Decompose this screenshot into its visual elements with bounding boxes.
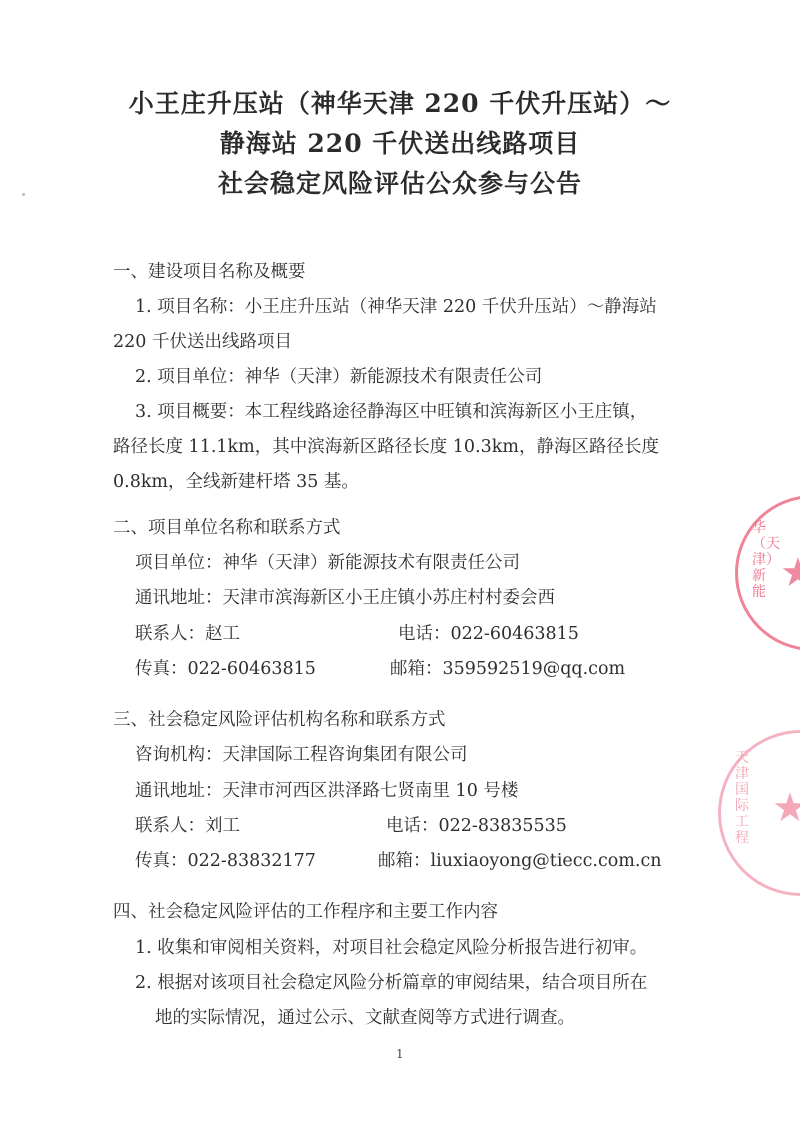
section-1-item-2: 2. 项目单位：神华（天津）新能源技术有限责任公司 <box>135 363 542 388</box>
section-1-item-3: 3. 项目概要：本工程线路途径静海区中旺镇和滨海新区小王庄镇， <box>135 398 647 423</box>
page-number: 1 <box>396 1047 404 1061</box>
section-3-contact: 联系人：刘工 <box>135 812 240 837</box>
section-4-heading: 四、社会稳定风险评估的工作程序和主要工作内容 <box>113 898 498 923</box>
section-2-unit: 项目单位：神华（天津）新能源技术有限责任公司 <box>135 549 520 574</box>
section-4-item-2: 2. 根据对该项目社会稳定风险分析篇章的审阅结果，结合项目所在 <box>135 969 647 994</box>
section-3-address: 通讯地址：天津市河西区洪泽路七贤南里 10 号楼 <box>135 777 518 802</box>
section-2-heading: 二、项目单位名称和联系方式 <box>113 514 341 539</box>
title-line-3: 社会稳定风险评估公众参与公告 <box>0 164 800 200</box>
section-3-heading: 三、社会稳定风险评估机构名称和联系方式 <box>113 706 446 731</box>
section-3-phone: 电话：022-83835535 <box>386 812 567 837</box>
section-2-address: 通讯地址：天津市滨海新区小王庄镇小苏庄村村委会西 <box>135 584 555 609</box>
section-2-fax: 传真：022-60463815 <box>135 655 316 680</box>
section-3-agency: 咨询机构：天津国际工程咨询集团有限公司 <box>135 741 468 766</box>
section-1-item-1: 1. 项目名称：小王庄升压站（神华天津 220 千伏升压站）～静海站 <box>135 293 657 318</box>
section-1-item-1-cont: 220 千伏送出线路项目 <box>113 328 292 353</box>
section-4-item-1: 1. 收集和审阅相关资料，对项目社会稳定风险分析报告进行初审。 <box>135 934 647 959</box>
agency-seal-text: 天津国际工程 <box>735 750 751 846</box>
title-line-2: 静海站 220 千伏送出线路项目 <box>0 124 800 160</box>
section-1-item-3-cont-1: 路径长度 11.1km，其中滨海新区路径长度 10.3km，静海区路径长度 <box>113 433 659 458</box>
section-2-email: 邮箱：359592519@qq.com <box>390 655 625 680</box>
title-line-1: 小王庄升压站（神华天津 220 千伏升压站）～ <box>0 84 800 120</box>
section-2-contact: 联系人：赵工 <box>135 620 240 645</box>
section-3-fax: 传真：022-83832177 <box>135 847 316 872</box>
section-3-email: 邮箱：liuxiaoyong@tiecc.com.cn <box>378 847 662 872</box>
seal-star-icon: ★ <box>780 550 800 596</box>
section-1-item-3-cont-2: 0.8km，全线新建杆塔 35 基。 <box>113 468 359 493</box>
section-1-heading: 一、建设项目名称及概要 <box>113 258 306 283</box>
document-page: 小王庄升压站（神华天津 220 千伏升压站）～ 静海站 220 千伏送出线路项目… <box>0 0 800 1130</box>
section-2-phone: 电话：022-60463815 <box>398 620 579 645</box>
company-seal-text: 华（天津）新能 <box>752 520 768 600</box>
seal-star-icon: ★ <box>772 785 800 831</box>
section-4-item-2-cont: 地的实际情况，通过公示、文献查阅等方式进行调查。 <box>155 1004 575 1029</box>
